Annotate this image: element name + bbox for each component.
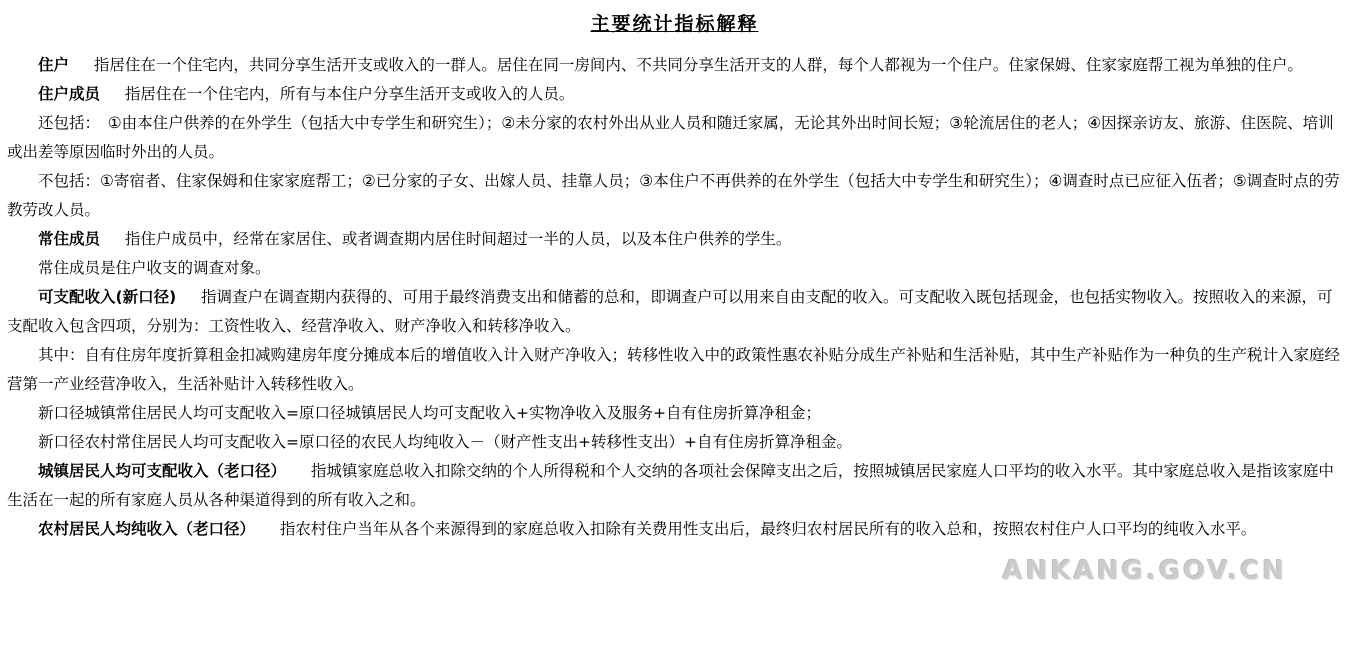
paragraph-kezhipei-shouru: 可支配收入(新口径)指调查户在调查期内获得的、可用于最终消费支出和储蓄的总和，即…: [7, 283, 1342, 341]
paragraph-bubaokuo: 不包括：①寄宿者、住家保姆和住家家庭帮工；②已分家的子女、出嫁人员、挂靠人员；③…: [7, 167, 1342, 225]
paragraph-text: 指调查户在调查期内获得的、可用于最终消费支出和储蓄的总和，即调查户可以用来自由支…: [7, 288, 1332, 335]
paragraph-text: 新口径农村常住居民人均可支配收入=原口径的农民人均纯收入－（财产性支出+转移性支…: [38, 433, 852, 451]
paragraph-xinkoujing-chengzhen: 新口径城镇常住居民人均可支配收入=原口径城镇居民人均可支配收入+实物净收入及服务…: [7, 399, 1342, 428]
paragraph-huzhu-chengyuan: 住户成员指居住在一个住宅内，所有与本住户分享生活开支或收入的人员。: [7, 80, 1342, 109]
paragraph-huzhu: 住户指居住在一个住宅内，共同分享生活开支或收入的一群人。居住在同一房间内、不共同…: [7, 51, 1342, 80]
paragraph-text: 不包括：①寄宿者、住家保姆和住家家庭帮工；②已分家的子女、出嫁人员、挂靠人员；③…: [7, 172, 1340, 219]
paragraph-text: 指居住在一个住宅内，所有与本住户分享生活开支或收入的人员。: [125, 85, 575, 103]
paragraph-text: 指居住在一个住宅内，共同分享生活开支或收入的一群人。居住在同一房间内、不共同分享…: [94, 56, 1303, 74]
paragraph-text: 指农村住户当年从各个来源得到的家庭总收入扣除有关费用性支出后，最终归农村居民所有…: [280, 520, 1257, 538]
paragraph-nongcun-laokoujing: 农村居民人均纯收入（老口径）指农村住户当年从各个来源得到的家庭总收入扣除有关费用…: [7, 515, 1342, 544]
term-label: 可支配收入(新口径): [38, 288, 176, 306]
document-content: 住户指居住在一个住宅内，共同分享生活开支或收入的一群人。居住在同一房间内、不共同…: [0, 51, 1349, 544]
term-label: 住户成员: [38, 85, 100, 103]
document-page: 主要统计指标解释 住户指居住在一个住宅内，共同分享生活开支或收入的一群人。居住在…: [0, 0, 1349, 665]
paragraph-text: 指住户成员中，经常在家居住、或者调查期内居住时间超过一半的人员，以及本住户供养的…: [125, 230, 792, 248]
paragraph-text: 还包括： ①由本住户供养的在外学生（包括大中专学生和研究生）；②未分家的农村外出…: [7, 114, 1334, 161]
paragraph-text: 新口径城镇常住居民人均可支配收入=原口径城镇居民人均可支配收入+实物净收入及服务…: [38, 404, 821, 422]
page-title: 主要统计指标解释: [0, 9, 1349, 36]
paragraph-text: 常住成员是住户收支的调查对象。: [38, 259, 271, 277]
paragraph-diaocha-duixiang: 常住成员是住户收支的调查对象。: [7, 254, 1342, 283]
paragraph-chengzhen-laokoujing: 城镇居民人均可支配收入（老口径）指城镇家庭总收入扣除交纳的个人所得税和个人交纳的…: [7, 457, 1342, 515]
paragraph-qizhong: 其中：自有住房年度折算租金扣减购建房年度分摊成本后的增值收入计入财产净收入；转移…: [7, 341, 1342, 399]
watermark: ANKANG.GOV.CN: [1003, 556, 1287, 586]
paragraph-changzhu-chengyuan: 常住成员指住户成员中，经常在家居住、或者调查期内居住时间超过一半的人员，以及本住…: [7, 225, 1342, 254]
term-label: 常住成员: [38, 230, 100, 248]
paragraph-xinkoujing-nongcun: 新口径农村常住居民人均可支配收入=原口径的农民人均纯收入－（财产性支出+转移性支…: [7, 428, 1342, 457]
term-label: 农村居民人均纯收入（老口径）: [38, 520, 255, 538]
paragraph-haibaokuo: 还包括： ①由本住户供养的在外学生（包括大中专学生和研究生）；②未分家的农村外出…: [7, 109, 1342, 167]
term-label: 城镇居民人均可支配收入（老口径）: [38, 462, 286, 480]
term-label: 住户: [38, 56, 69, 74]
paragraph-text: 其中：自有住房年度折算租金扣减购建房年度分摊成本后的增值收入计入财产净收入；转移…: [7, 346, 1340, 393]
